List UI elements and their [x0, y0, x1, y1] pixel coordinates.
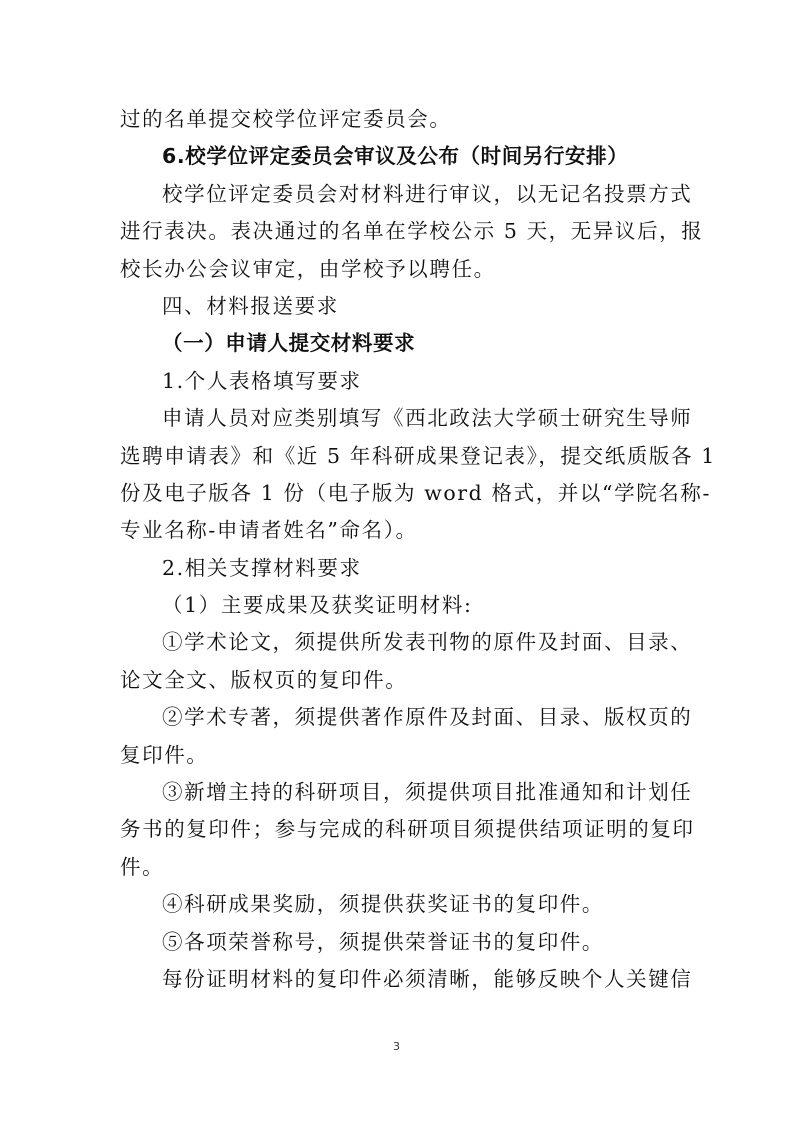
paragraph-line: 申请人员对应类别填写《西北政法大学硕士研究生导师: [120, 400, 676, 437]
paragraph-line: ⑤各项荣誉称号，须提供荣誉证书的复印件。: [120, 924, 676, 961]
paragraph-line: 校学位评定委员会对材料进行审议，以无记名投票方式: [120, 176, 676, 213]
section-heading: 6.校学位评定委员会审议及公布（时间另行安排）: [120, 138, 676, 175]
paragraph-line: 件。: [120, 849, 676, 886]
paragraph-line: 复印件。: [120, 737, 676, 774]
document-body: 过的名单提交校学位评定委员会。 6.校学位评定委员会审议及公布（时间另行安排） …: [120, 101, 676, 998]
paragraph-line: 份及电子版各 1 份（电子版为 word 格式，并以“学院名称-: [120, 475, 676, 512]
item-heading: （1）主要成果及获奖证明材料:: [120, 587, 676, 624]
paragraph-line: ④科研成果奖励，须提供获奖证书的复印件。: [120, 886, 676, 923]
paragraph-line: 选聘申请表》和《近 5 年科研成果登记表》，提交纸质版各 1: [120, 438, 676, 475]
item-heading: 1.个人表格填写要求: [120, 363, 676, 400]
paragraph-line: 每份证明材料的复印件必须清晰，能够反映个人关键信: [120, 961, 676, 998]
paragraph-line: ②学术专著，须提供著作原件及封面、目录、版权页的: [120, 699, 676, 736]
paragraph-line: 专业名称-申请者姓名”命名）。: [120, 512, 676, 549]
paragraph-line: 进行表决。表决通过的名单在学校公示 5 天，无异议后，报: [120, 213, 676, 250]
paragraph-line: 论文全文、版权页的复印件。: [120, 662, 676, 699]
paragraph-line: 务书的复印件；参与完成的科研项目须提供结项证明的复印: [120, 811, 676, 848]
paragraph-line: 过的名单提交校学位评定委员会。: [120, 101, 676, 138]
page-number: 3: [0, 1040, 793, 1053]
section-heading: 四、材料报送要求: [120, 288, 676, 325]
paragraph-line: 校长办公会议审定，由学校予以聘任。: [120, 251, 676, 288]
item-heading: 2.相关支撑材料要求: [120, 550, 676, 587]
paragraph-line: ①学术论文，须提供所发表刊物的原件及封面、目录、: [120, 624, 676, 661]
subsection-heading: （一）申请人提交材料要求: [120, 325, 676, 362]
paragraph-line: ③新增主持的科研项目，须提供项目批准通知和计划任: [120, 774, 676, 811]
